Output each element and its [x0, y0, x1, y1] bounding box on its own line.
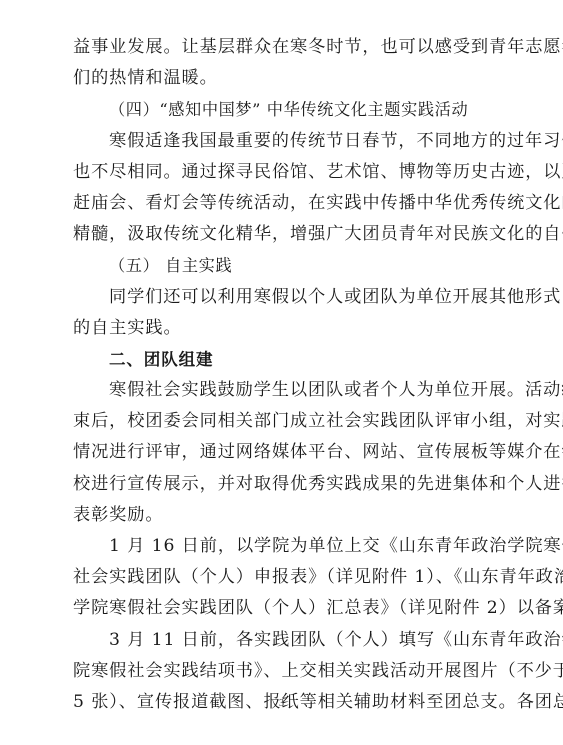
- text-line: 社会实践团队（个人）申报表》（详见附件 1）、《山东青年政治: [73, 562, 503, 593]
- text-line: 益事业发展。让基层群众在寒冬时节，也可以感受到青年志愿者: [73, 32, 503, 63]
- text-line: 校进行宣传展示，并对取得优秀实践成果的先进集体和个人进行: [73, 469, 503, 500]
- section-subheading-5: （五） 自主实践: [73, 250, 503, 281]
- text-line: 情况进行评审，通过网络媒体平台、网站、宣传展板等媒介在学: [73, 437, 503, 468]
- text-line: 院寒假社会实践结项书》、上交相关实践活动开展图片（不少于: [73, 656, 503, 687]
- text-line: 1 月 16 日前，以学院为单位上交《山东青年政治学院寒假: [73, 531, 503, 562]
- document-page: 益事业发展。让基层群众在寒冬时节，也可以感受到青年志愿者 们的热情和温暖。 （四…: [0, 0, 563, 745]
- text-line: 也不尽相同。通过探寻民俗馆、艺术馆、博物等历史古迹，以及: [73, 157, 503, 188]
- text-line: 3 月 11 日前，各实践团队（个人）填写《山东青年政治学: [73, 625, 503, 656]
- section-heading-2: 二、团队组建: [73, 344, 503, 375]
- section-subheading-4: （四）“感知中国梦” 中华传统文化主题实践活动: [73, 94, 503, 125]
- text-line: 们的热情和温暖。: [73, 63, 503, 94]
- text-line: 束后，校团委会同相关部门成立社会实践团队评审小组，对实践: [73, 406, 503, 437]
- text-line: 学院寒假社会实践团队（个人）汇总表》（详见附件 2）以备案。: [73, 593, 503, 624]
- text-line: 赶庙会、看灯会等传统活动，在实践中传播中华优秀传统文化的: [73, 188, 503, 219]
- text-line: 寒假适逢我国最重要的传统节日春节，不同地方的过年习俗: [73, 126, 503, 157]
- page-number: 3: [0, 698, 563, 709]
- text-line: 的自主实践。: [73, 313, 503, 344]
- text-line: 精髓，汲取传统文化精华，增强广大团员青年对民族文化的自信。: [73, 219, 503, 250]
- text-line: 寒假社会实践鼓励学生以团队或者个人为单位开展。活动结: [73, 375, 503, 406]
- document-body: 益事业发展。让基层群众在寒冬时节，也可以感受到青年志愿者 们的热情和温暖。 （四…: [73, 32, 503, 718]
- text-line: 同学们还可以利用寒假以个人或团队为单位开展其他形式: [73, 282, 503, 313]
- text-line: 表彰奖励。: [73, 500, 503, 531]
